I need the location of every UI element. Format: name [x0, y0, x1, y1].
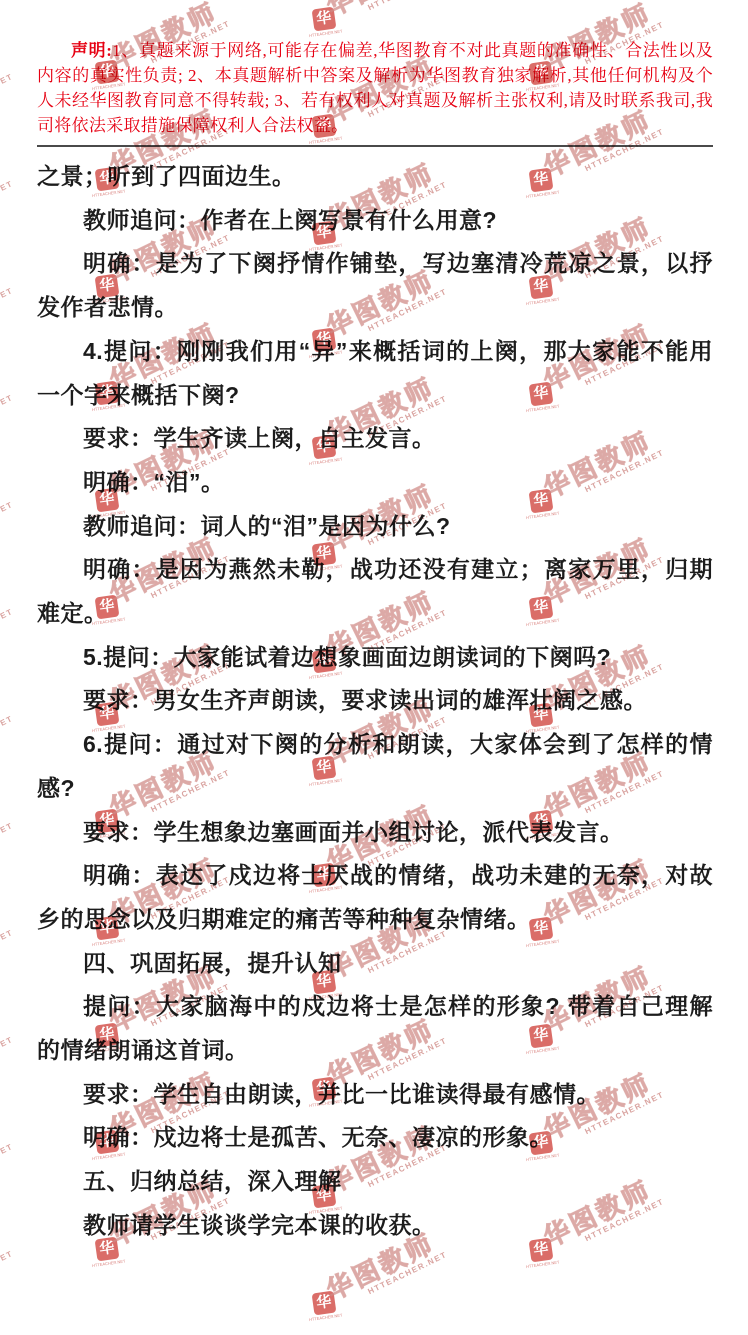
watermark-text-main: 华图教师 [0, 1012, 11, 1089]
paragraph: 要求：男女生齐声朗读，要求读出词的雄浑壮阔之感。 [37, 679, 713, 723]
watermark-text-sub: HTTEACHER.NET [0, 1250, 15, 1295]
paragraph: 明确：“泪”。 [37, 461, 713, 505]
watermark-text-main: 华图教师 [0, 905, 11, 982]
watermark-text: 华图教师HTTEACHER.NET [0, 370, 15, 455]
watermark-text-sub: HTTEACHER.NET [0, 715, 15, 760]
disclaimer-text: 声明:1、真题来源于网络,可能存在偏差,华图教育不对此真题的准确性、合法性以及内… [37, 38, 713, 138]
paragraph: 明确：是因为燕然未勒，战功还没有建立；离家万里，归期难定。 [37, 548, 713, 635]
watermark-text: 华图教师HTTEACHER.NET [0, 584, 15, 669]
watermark-text: 华图教师HTTEACHER.NET [0, 1119, 15, 1204]
watermark-text-main: 华图教师 [0, 156, 11, 233]
watermark-text-sub: HTTEACHER.NET [0, 1036, 15, 1081]
watermark-text-main: 华图教师 [0, 0, 11, 19]
watermark-text: 华图教师HTTEACHER.NET [0, 263, 15, 348]
paragraph: 提问：大家脑海中的戍边将士是怎样的形象? 带着自己理解的情绪朗诵这首词。 [37, 985, 713, 1072]
paragraph: 要求：学生齐读上阕，自主发言。 [37, 417, 713, 461]
watermark-text-sub: HTTEACHER.NET [367, 1251, 449, 1296]
disclaimer-label: 声明: [71, 41, 112, 60]
watermark-text: 华图教师HTTEACHER.NET [0, 1226, 15, 1311]
watermark-text-main: 华图教师 [0, 691, 11, 768]
watermark-text-sub: HTTEACHER.NET [0, 501, 15, 546]
paragraph: 要求：学生想象边塞画面并小组讨论，派代表发言。 [37, 811, 713, 855]
watermark-text-sub: HTTEACHER.NET [0, 287, 15, 332]
section-heading: 四、巩固拓展，提升认知 [37, 942, 713, 986]
watermark-text-sub: HTTEACHER.NET [0, 929, 15, 974]
huatu-logo-subtext: HTTEACHER.NET [526, 1260, 557, 1270]
watermark-text-main: 华图教师 [0, 584, 11, 661]
watermark-text-main: 华图教师 [0, 370, 11, 447]
disclaimer-body: 1、真题来源于网络,可能存在偏差,华图教育不对此真题的准确性、合法性以及内容的真… [37, 41, 713, 135]
watermark-text: 华图教师HTTEACHER.NET [0, 0, 15, 27]
watermark: 华HTTEACHER.NET华图教师HTTEACHER.NET [0, 1265, 49, 1329]
paragraph: 教师请学生谈谈学完本课的收获。 [37, 1204, 713, 1248]
document-page: 声明:1、真题来源于网络,可能存在偏差,华图教育不对此真题的准确性、合法性以及内… [0, 0, 748, 1335]
watermark-text: 华图教师HTTEACHER.NET [0, 798, 15, 883]
huatu-logo-subtext: HTTEACHER.NET [309, 1313, 340, 1323]
watermark-text: 华图教师HTTEACHER.NET [0, 691, 15, 776]
watermark-text: 华图教师HTTEACHER.NET [0, 905, 15, 990]
watermark-text-sub: HTTEACHER.NET [0, 394, 15, 439]
watermark-text: 华图教师HTTEACHER.NET [0, 477, 15, 562]
paragraph: 明确：表达了戍边将士厌战的情绪，战功未建的无奈，对故乡的思念以及归期难定的痛苦等… [37, 854, 713, 941]
paragraph: 要求：学生自由朗读，并比一比谁读得最有感情。 [37, 1073, 713, 1117]
watermark-text-main: 华图教师 [0, 1119, 11, 1196]
watermark-text-sub: HTTEACHER.NET [0, 180, 15, 225]
document-content: 声明:1、真题来源于网络,可能存在偏差,华图教育不对此真题的准确性、合法性以及内… [37, 0, 713, 1248]
paragraph: 教师追问：作者在上阕写景有什么用意? [37, 199, 713, 243]
watermark-text-main: 华图教师 [0, 49, 11, 126]
paragraph: 6.提问：通过对下阕的分析和朗读，大家体会到了怎样的情感? [37, 723, 713, 810]
watermark-text: 华图教师HTTEACHER.NET [0, 49, 15, 134]
watermark-text-main: 华图教师 [0, 798, 11, 875]
watermark-text-sub: HTTEACHER.NET [0, 822, 15, 867]
section-divider [37, 145, 713, 147]
watermark-text: 华图教师HTTEACHER.NET [0, 1012, 15, 1097]
watermark: 华HTTEACHER.NET华图教师HTTEACHER.NET [313, 1266, 483, 1330]
paragraph: 4.提问：刚刚我们用“异”来概括词的上阕，那大家能不能用一个字来概括下阕? [37, 330, 713, 417]
paragraph: 明确：戍边将士是孤苦、无奈、凄凉的形象。 [37, 1116, 713, 1160]
paragraph: 之景；听到了四面边生。 [37, 155, 713, 199]
watermark-text-main: 华图教师 [0, 263, 11, 340]
watermark-text-sub: HTTEACHER.NET [0, 73, 15, 118]
watermark-text-sub: HTTEACHER.NET [0, 1143, 15, 1188]
paragraph: 教师追问：词人的“泪”是因为什么? [37, 505, 713, 549]
watermark-text-sub: HTTEACHER.NET [0, 0, 15, 11]
watermark-text: 华图教师HTTEACHER.NET [0, 156, 15, 241]
paragraph: 明确：是为了下阕抒情作铺垫，写边塞清冷荒凉之景，以抒发作者悲情。 [37, 242, 713, 329]
watermark-text-sub: HTTEACHER.NET [0, 608, 15, 653]
paragraph: 5.提问：大家能试着边想象画面边朗读词的下阕吗? [37, 636, 713, 680]
huatu-logo-subtext: HTTEACHER.NET [92, 1259, 123, 1269]
watermark-text-main: 华图教师 [0, 477, 11, 554]
body-text: 之景；听到了四面边生。教师追问：作者在上阕写景有什么用意?明确：是为了下阕抒情作… [37, 155, 713, 1248]
section-heading: 五、归纳总结，深入理解 [37, 1160, 713, 1204]
huatu-logo-icon: 华 [312, 1291, 337, 1316]
watermark-text-main: 华图教师 [0, 1226, 11, 1303]
